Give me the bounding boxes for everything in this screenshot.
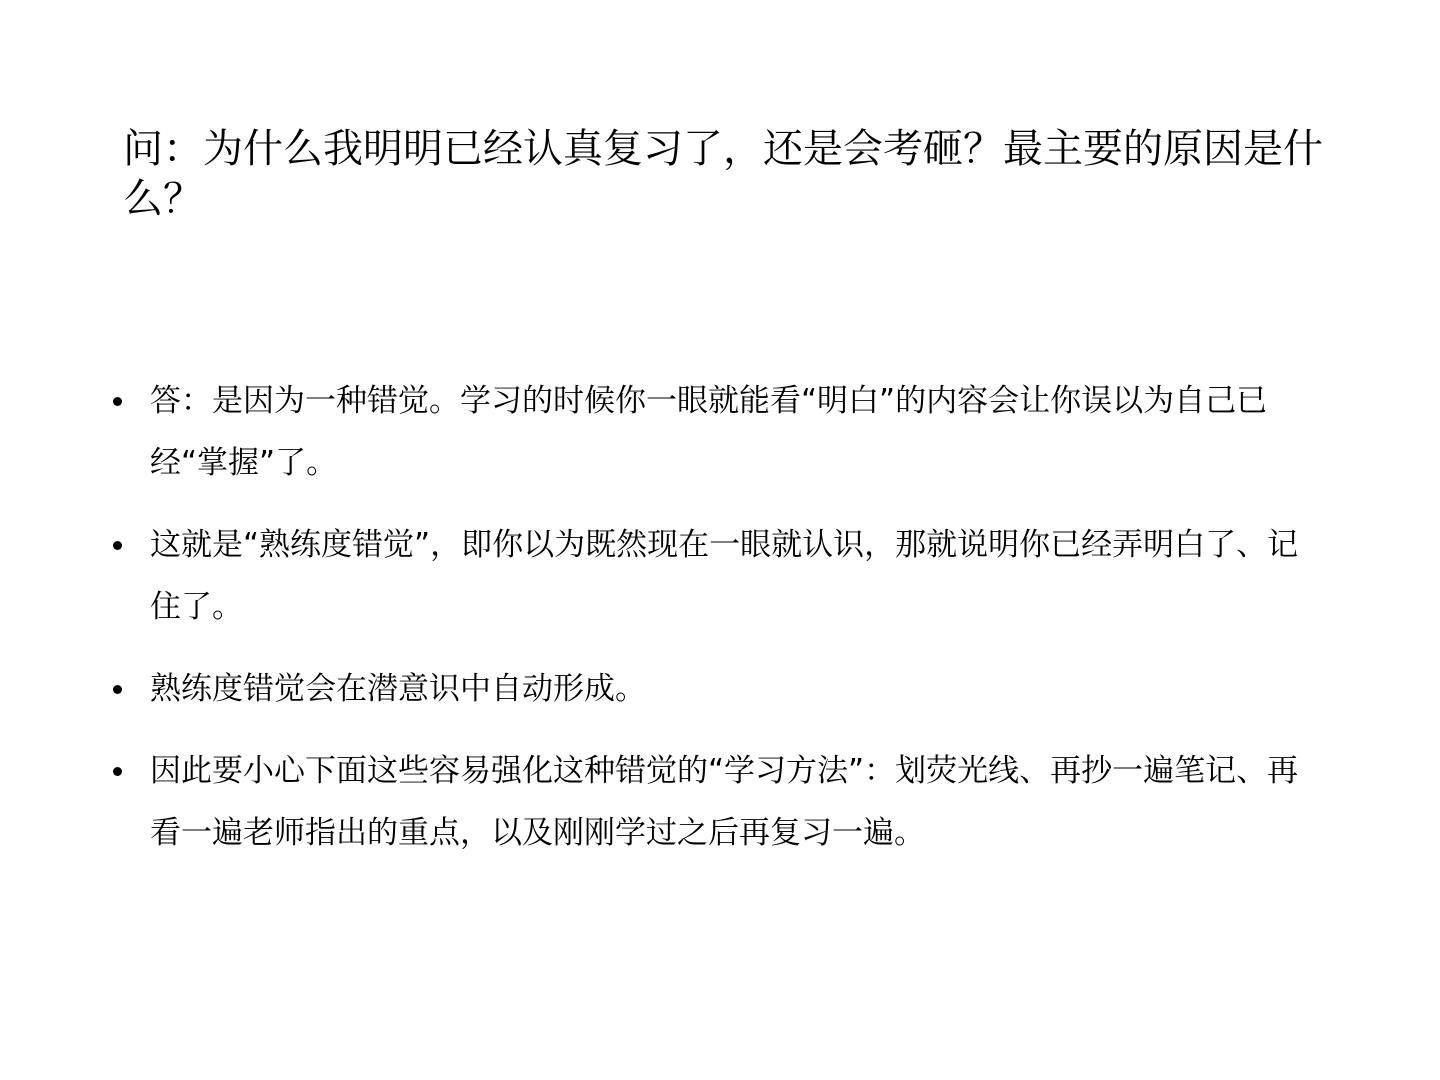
slide-title: 问：为什么我明明已经认真复习了，还是会考砸？最主要的原因是什么？ <box>123 124 1323 224</box>
bullet-text: 因此要小心下面这些容易强化这种错觉的“学习方法”：划荧光线、再抄一遍笔记、再看一… <box>150 740 1328 864</box>
bullet-dot-icon <box>113 541 122 550</box>
slide: 问：为什么我明明已经认真复习了，还是会考砸？最主要的原因是什么？ 答：是因为一种… <box>0 0 1440 1080</box>
bullet-dot-icon <box>113 397 122 406</box>
bullet-item: 熟练度错觉会在潜意识中自动形成。 <box>113 658 1328 720</box>
bullet-item: 这就是“熟练度错觉”，即你以为既然现在一眼就认识，那就说明你已经弄明白了、记住了… <box>113 514 1328 638</box>
bullet-item: 因此要小心下面这些容易强化这种错觉的“学习方法”：划荧光线、再抄一遍笔记、再看一… <box>113 740 1328 864</box>
bullet-dot-icon <box>113 685 122 694</box>
bullet-dot-icon <box>113 767 122 776</box>
bullet-text: 答：是因为一种错觉。学习的时候你一眼就能看“明白”的内容会让你误以为自己已经“掌… <box>150 370 1328 494</box>
bullet-text: 这就是“熟练度错觉”，即你以为既然现在一眼就认识，那就说明你已经弄明白了、记住了… <box>150 514 1328 638</box>
bullet-list: 答：是因为一种错觉。学习的时候你一眼就能看“明白”的内容会让你误以为自己已经“掌… <box>113 370 1328 884</box>
bullet-text: 熟练度错觉会在潜意识中自动形成。 <box>150 658 1328 720</box>
bullet-item: 答：是因为一种错觉。学习的时候你一眼就能看“明白”的内容会让你误以为自己已经“掌… <box>113 370 1328 494</box>
